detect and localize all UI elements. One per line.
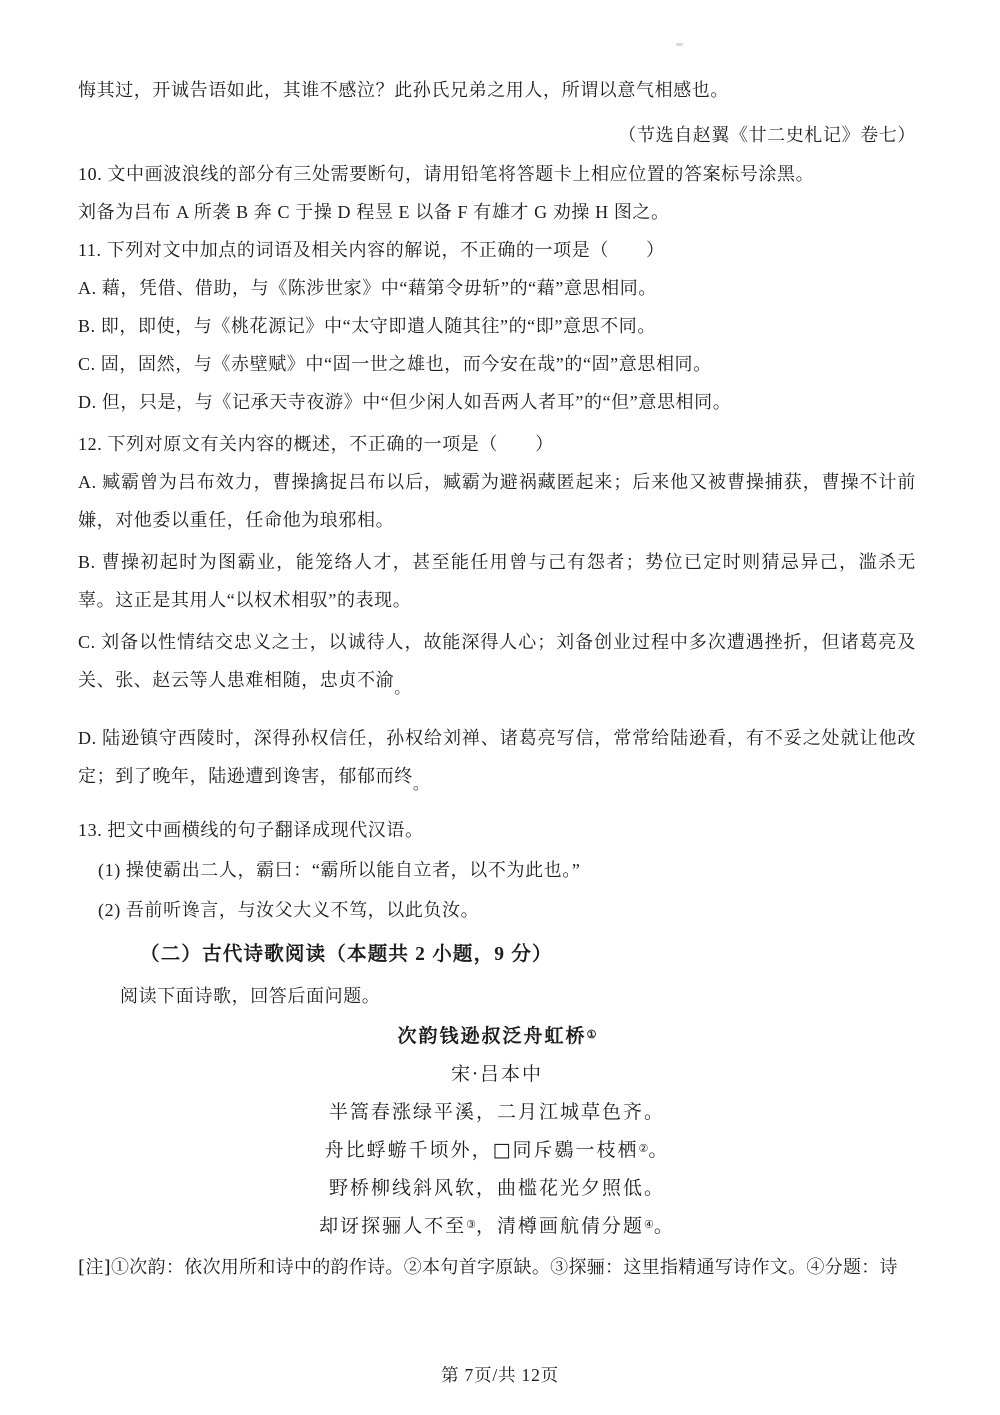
superscript-note-ref: ②: [639, 1142, 649, 1155]
superscript-note-ref: ③: [466, 1218, 476, 1231]
question-10-stem: 10. 文中画波浪线的部分有三处需要断句，请用铅笔将答题卡上相应位置的答案标号涂…: [78, 155, 916, 193]
question-10: 10. 文中画波浪线的部分有三处需要断句，请用铅笔将答题卡上相应位置的答案标号涂…: [78, 155, 916, 231]
superscript-note-ref: ④: [644, 1218, 654, 1231]
scan-artifact-mark: [676, 43, 683, 46]
question-11-option-d: D. 但，只是，与《记承天寺夜游》中“但少闲人如吾两人者耳”的“但”意思相同。: [78, 383, 916, 421]
question-12-option-c: C. 刘备以性情结交忠义之士，以诚待人，故能深得人心；刘备创业过程中多次遭遇挫折…: [78, 623, 916, 701]
passage-source-citation: （节选自赵翼《廿二史札记》卷七）: [78, 117, 916, 155]
poem-line: 却讶探骊人不至③，清樽画航倩分题④。: [78, 1207, 916, 1245]
poem-line: 野桥柳线斜风软，曲槛花光夕照低。: [78, 1169, 916, 1207]
question-11-option-c: C. 固，固然，与《赤壁赋》中“固一世之雄也，而今安在哉”的“固”意思相同。: [78, 345, 916, 383]
question-12: 12. 下列对原文有关内容的概述，不正确的一项是（ ） A. 臧霸曾为吕布效力，…: [78, 425, 916, 797]
question-10-sentence-to-punctuate: 刘备为吕布 A 所袭 B 奔 C 于操 D 程昱 E 以备 F 有雄才 G 劝操…: [78, 193, 916, 231]
question-11-stem: 11. 下列对文中加点的词语及相关内容的解说，不正确的一项是（ ）: [78, 231, 916, 269]
passage-excerpt-text: 悔其过，开诚告语如此，其谁不感泣？此孙氏兄弟之用人，所谓以意气相感也。: [78, 72, 916, 110]
question-12-option-d: D. 陆逊镇守西陵时，深得孙权信任，孙权给刘禅、诸葛亮写信，常常给陆逊看，有不妥…: [78, 719, 916, 797]
question-11: 11. 下列对文中加点的词语及相关内容的解说，不正确的一项是（ ） A. 藉，凭…: [78, 231, 916, 421]
exam-page: 悔其过，开诚告语如此，其谁不感泣？此孙氏兄弟之用人，所谓以意气相感也。 （节选自…: [0, 0, 1000, 1415]
classical-passage-tail: 悔其过，开诚告语如此，其谁不感泣？此孙氏兄弟之用人，所谓以意气相感也。 （节选自…: [78, 72, 916, 155]
question-12-option-b: B. 曹操初起时为图霸业，能笼络人才，甚至能任用曾与己有怨者；势位已定时则猜忌异…: [78, 543, 916, 619]
question-12-option-a: A. 臧霸曾为吕布效力，曹操擒捉吕布以后，臧霸为避祸藏匿起来；后来他又被曹操捕获…: [78, 463, 916, 539]
question-13-item-2: (2) 吾前听谗言，与汝父大义不笃，以此负汝。: [78, 891, 916, 929]
poem-note: [注]①次韵：依次用所和诗中的韵作诗。②本句首字原缺。③探骊：这里指精通写诗作文…: [78, 1249, 916, 1287]
poetry-reading-section: （二）古代诗歌阅读（本题共 2 小题，9 分） 阅读下面诗歌，回答后面问题。 次…: [78, 935, 916, 1287]
poem-line: 舟比蜉蝣千顷外，□同斥鷃一枝栖②。: [78, 1131, 916, 1169]
question-13: 13. 把文中画横线的句子翻译成现代汉语。 (1) 操使霸出二人，霸曰：“霸所以…: [78, 811, 916, 929]
low-period-mark: 。: [394, 670, 410, 708]
section-heading: （二）古代诗歌阅读（本题共 2 小题，9 分）: [78, 935, 916, 975]
poem-author: 宋·吕本中: [78, 1055, 916, 1093]
low-period-mark: 。: [413, 766, 429, 804]
question-13-stem: 13. 把文中画横线的句子翻译成现代汉语。: [78, 811, 916, 849]
reading-instruction: 阅读下面诗歌，回答后面问题。: [78, 977, 916, 1015]
superscript-note-ref: ①: [587, 1028, 597, 1041]
page-footer: 第 7页/共 12页: [0, 1362, 1000, 1387]
question-11-option-a: A. 藉，凭借、借助，与《陈涉世家》中“藉第令毋斩”的“藉”意思相同。: [78, 269, 916, 307]
poem-line: 半篙春涨绿平溪，二月江城草色齐。: [78, 1093, 916, 1131]
question-12-stem: 12. 下列对原文有关内容的概述，不正确的一项是（ ）: [78, 425, 916, 463]
poem: 次韵钱逊叔泛舟虹桥① 宋·吕本中 半篙春涨绿平溪，二月江城草色齐。 舟比蜉蝣千顷…: [78, 1017, 916, 1245]
question-11-option-b: B. 即，即使，与《桃花源记》中“太守即遣人随其往”的“即”意思不同。: [78, 307, 916, 345]
poem-title: 次韵钱逊叔泛舟虹桥①: [78, 1017, 916, 1055]
question-13-item-1: (1) 操使霸出二人，霸曰：“霸所以能自立者，以不为此也。”: [78, 851, 916, 889]
